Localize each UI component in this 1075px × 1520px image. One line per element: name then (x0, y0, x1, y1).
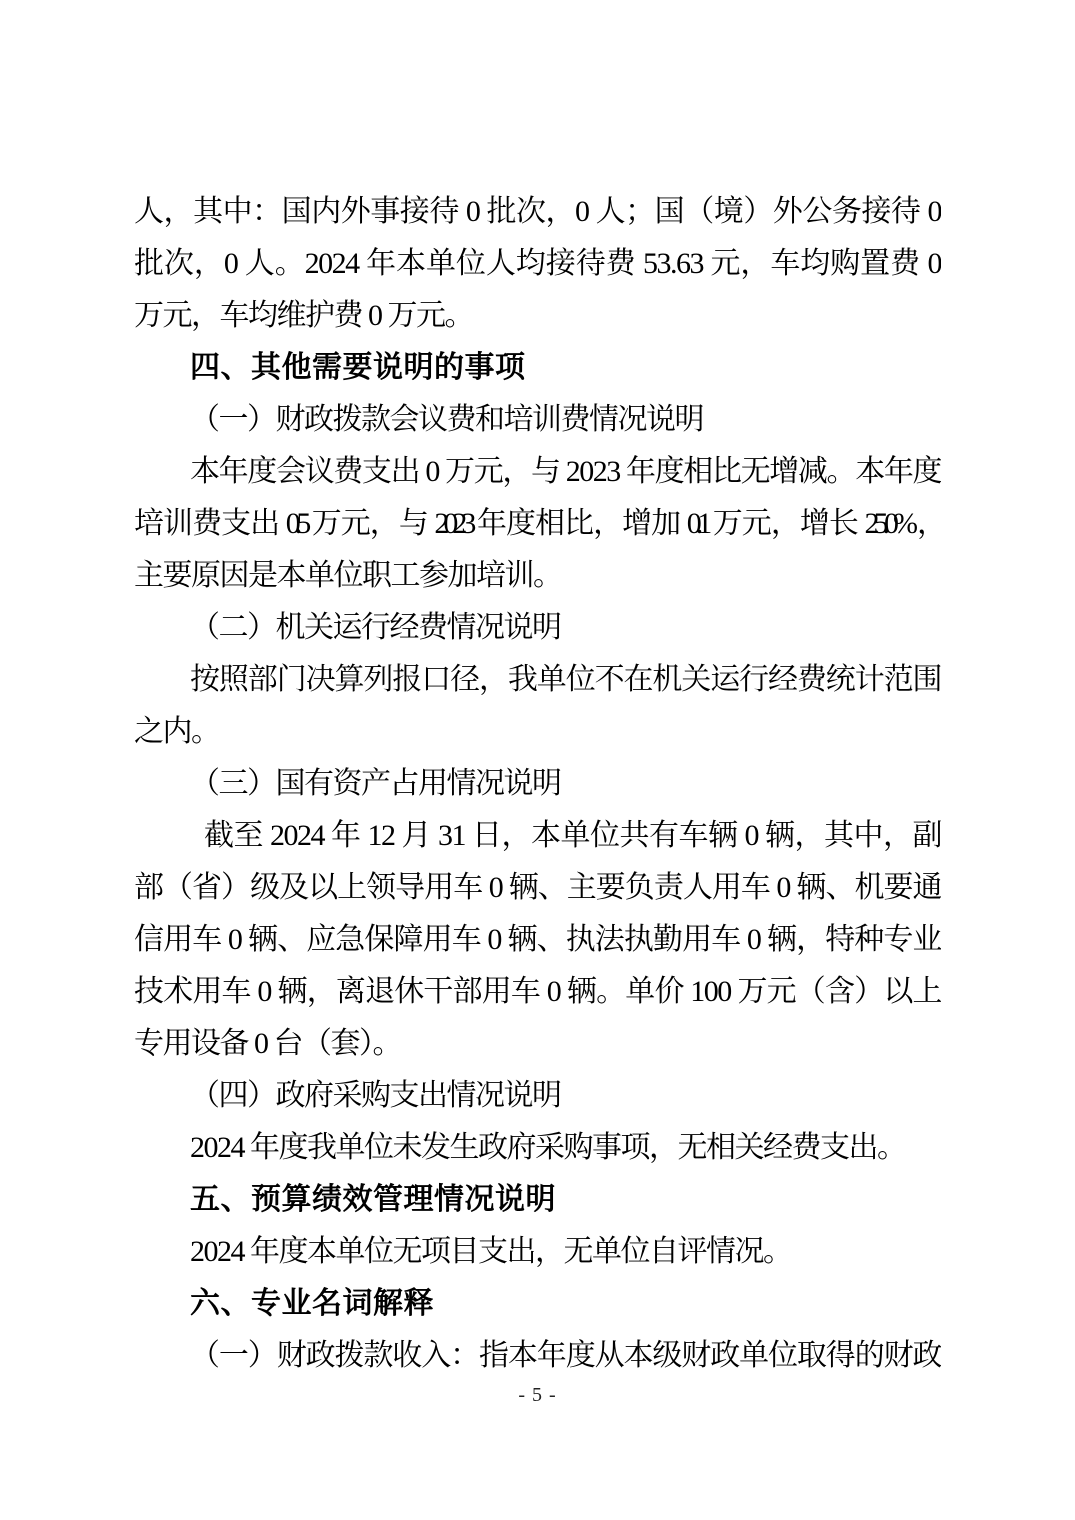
paragraph-line: 按照部门决算列报口径，我单位不在机关运行经费统计范围 (134, 654, 941, 706)
paragraph-line: 之内。 (134, 706, 941, 758)
page-body: 人，其中：国内外事接待 0 批次，0 人；国（境）外公务接待 0 批次，0 人。… (134, 186, 941, 1382)
paragraph-line: 本年度会议费支出 0 万元，与 2023 年度相比无增减。本年度 (134, 446, 941, 498)
subsection-heading: （三）国有资产占用情况说明 (134, 758, 941, 810)
paragraph-line: 技术用车 0 辆，离退休干部用车 0 辆。单价 100 万元（含）以上 (134, 966, 941, 1018)
paragraph-line: 部（省）级及以上领导用车 0 辆、主要负责人用车 0 辆、机要通 (134, 862, 941, 914)
paragraph-line: 培训费支出 0.5 万元，与 2023 年度相比，增加 0.1 万元，增长 25… (134, 498, 941, 550)
paragraph-line: 2024 年度我单位未发生政府采购事项，无相关经费支出。 (134, 1122, 941, 1174)
page-number: - 5 - (0, 1384, 1075, 1407)
paragraph-line: 主要原因是本单位职工参加培训。 (134, 550, 941, 602)
paragraph-line: 万元，车均维护费 0 万元。 (134, 290, 941, 342)
section-heading: 四、其他需要说明的事项 (134, 342, 941, 394)
subsection-heading: （二）机关运行经费情况说明 (134, 602, 941, 654)
paragraph-line: 截至 2024 年 12 月 31 日，本单位共有车辆 0 辆，其中，副 (134, 810, 941, 862)
section-heading: 六、专业名词解释 (134, 1278, 941, 1330)
paragraph-line: （一）财政拨款收入：指本年度从本级财政单位取得的财政 (134, 1330, 941, 1382)
paragraph-line: 专用设备 0 台（套）。 (134, 1018, 941, 1070)
paragraph-line: 2024 年度本单位无项目支出，无单位自评情况。 (134, 1226, 941, 1278)
paragraph-line: 批次，0 人。2024 年本单位人均接待费 53.63 元，车均购置费 0 (134, 238, 941, 290)
section-heading: 五、预算绩效管理情况说明 (134, 1174, 941, 1226)
subsection-heading: （一）财政拨款会议费和培训费情况说明 (134, 394, 941, 446)
document-page: 人，其中：国内外事接待 0 批次，0 人；国（境）外公务接待 0 批次，0 人。… (0, 0, 1075, 1520)
paragraph-line: 人，其中：国内外事接待 0 批次，0 人；国（境）外公务接待 0 (134, 186, 941, 238)
paragraph-line: 信用车 0 辆、应急保障用车 0 辆、执法执勤用车 0 辆，特种专业 (134, 914, 941, 966)
subsection-heading: （四）政府采购支出情况说明 (134, 1070, 941, 1122)
